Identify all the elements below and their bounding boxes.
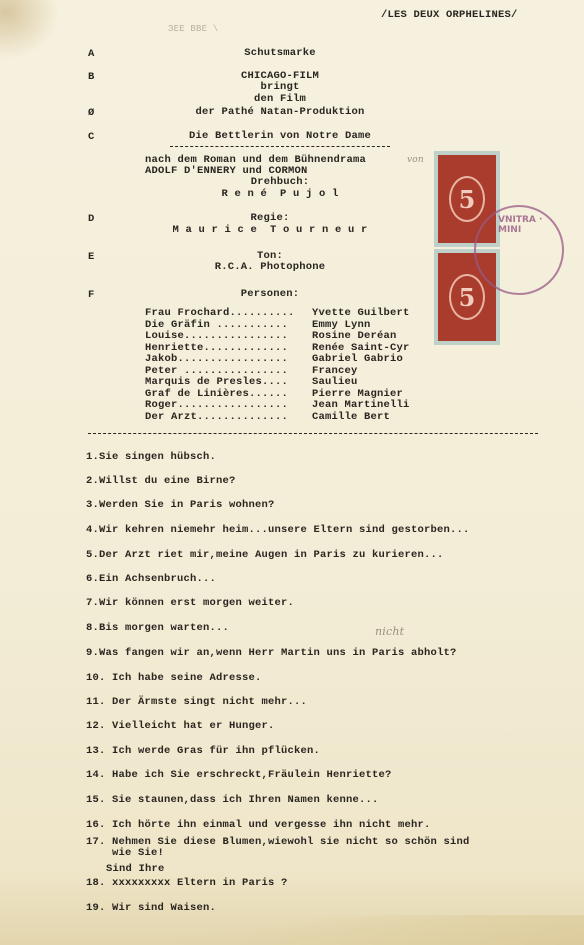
subtitle-line: 4.Wir kehren niemehr heim...unsere Elter…: [86, 525, 470, 536]
trademark-line: Schutsmarke: [150, 48, 410, 59]
section-letter-f: F: [88, 289, 94, 301]
subtitle-line: 6.Ein Achsenbruch...: [86, 574, 216, 585]
section-letter-a: A: [88, 48, 94, 60]
cast-actor: Emmy Lynn: [312, 320, 371, 331]
seal-text: VNITRA · MINI: [498, 215, 562, 235]
subtitle-line: 2.Willst du eine Birne?: [86, 476, 236, 487]
subtitle-line: 12. Vielleicht hat er Hunger.: [86, 721, 275, 732]
cast-actor: Yvette Guilbert: [312, 308, 410, 319]
cast-actor: Renée Saint-Cyr: [312, 343, 410, 354]
cast-divider: [88, 433, 538, 434]
film-line: den Film: [150, 94, 410, 105]
sound-system: R.C.A. Photophone: [140, 262, 400, 273]
cast-actor: Camille Bert: [312, 412, 390, 423]
screenplay-label: Drehbuch:: [150, 177, 410, 188]
section-letter-c: C: [88, 131, 94, 143]
stamp-value: 5: [449, 274, 485, 320]
faint-stamp-text: ЗЕЕ ВВЕ \: [168, 24, 218, 35]
cast-heading: Personen:: [140, 289, 400, 300]
director-name: M a u r i c e T o u r n e u r: [140, 225, 400, 236]
cast-actor: Pierre Magnier: [312, 389, 403, 400]
subtitle-line: 7.Wir können erst morgen weiter.: [86, 598, 294, 609]
presents-line: bringt: [150, 82, 410, 93]
handwritten-note: nicht: [375, 626, 404, 637]
page-stain: [0, 0, 60, 60]
subtitle-line: 3.Werden Sie in Paris wohnen?: [86, 500, 275, 511]
subtitle-line: 18. xxxxxxxxx Eltern in Paris ?: [86, 878, 288, 889]
cast-role: Der Arzt..............: [145, 412, 288, 423]
subtitle-line: 11. Der Ärmste singt nicht mehr...: [86, 697, 307, 708]
cast-role: Jakob.................: [145, 354, 288, 365]
official-seal: VNITRA · MINI: [474, 205, 564, 295]
section-letter-b: B: [88, 71, 94, 83]
subtitle-line: 10. Ich habe seine Adresse.: [86, 673, 262, 684]
screenplay-author: R e n é P u j o l: [150, 189, 410, 200]
subtitle-line: 9.Was fangen wir an,wenn Herr Martin uns…: [86, 648, 457, 659]
subtitle-line: 1.Sie singen hübsch.: [86, 452, 216, 463]
cast-actor: Rosine Deréan: [312, 331, 397, 342]
subtitle-line: 19. Wir sind Waisen.: [86, 903, 216, 914]
cast-role: Louise................: [145, 331, 288, 342]
cast-actor: Saulieu: [312, 377, 358, 388]
cast-actor: Jean Martinelli: [312, 400, 410, 411]
cast-role: Graf de Linières......: [145, 389, 288, 400]
cast-actor: Gabriel Gabrio: [312, 354, 403, 365]
subtitle-line: 16. Ich hörte ihn einmal und vergesse ih…: [86, 820, 431, 831]
cast-role: Roger.................: [145, 400, 288, 411]
stamp-value: 5: [449, 176, 485, 222]
section-letter-b2: Ø: [88, 107, 94, 119]
subtitle-line: 15. Sie staunen,dass ich Ihren Namen ken…: [86, 795, 379, 806]
cast-actor: Francey: [312, 366, 358, 377]
production-line: der Pathé Natan-Produktion: [150, 107, 410, 118]
title-underline: [170, 146, 390, 147]
cast-role: Frau Frochard..........: [145, 308, 295, 319]
film-title: Die Bettlerin von Notre Dame: [150, 131, 410, 142]
section-letter-d: D: [88, 213, 94, 225]
correction-text: Sind Ihre: [106, 864, 165, 875]
director-label: Regie:: [140, 213, 400, 224]
subtitle-line: 17. Nehmen Sie diese Blumen,wiewohl sie …: [86, 837, 470, 859]
cast-role: Die Gräfin ...........: [145, 320, 288, 331]
document-page: /LES DEUX ORPHELINES/ ЗЕЕ ВВЕ \ A B Ø C …: [0, 0, 584, 945]
section-letter-e: E: [88, 251, 94, 263]
subtitle-line: 13. Ich werde Gras für ihn pflücken.: [86, 746, 320, 757]
subtitle-line: 5.Der Arzt riet mir,meine Augen in Paris…: [86, 550, 444, 561]
cast-role: Marquis de Presles....: [145, 377, 288, 388]
subtitle-line: 14. Habe ich Sie erschreckt,Fräulein Hen…: [86, 770, 392, 781]
cast-role: Peter ................: [145, 366, 288, 377]
cast-role: Henriette.............: [145, 343, 288, 354]
margin-note: von: [407, 155, 424, 166]
document-title: /LES DEUX ORPHELINES/: [381, 10, 518, 21]
page-curl: [0, 915, 584, 945]
subtitle-line: 8.Bis morgen warten...: [86, 623, 229, 634]
